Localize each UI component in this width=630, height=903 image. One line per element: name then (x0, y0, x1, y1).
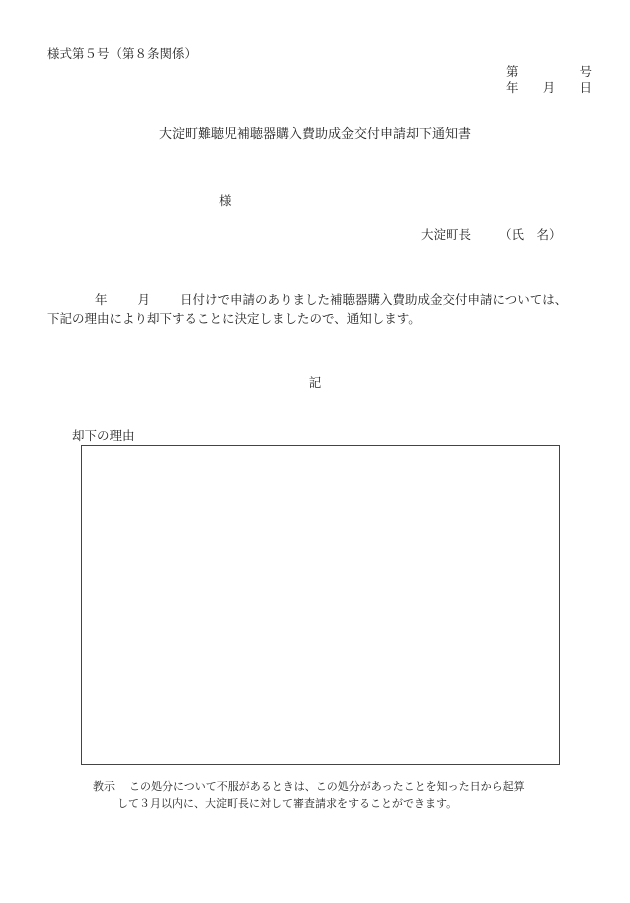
body-line-1: 年月日付けで申請のありました補聴器購入費助成金交付申請については、 (95, 292, 567, 307)
document-number-suffix: 号 (579, 64, 592, 79)
sender-name: （氏 名） (499, 227, 562, 242)
body-year: 年 (95, 292, 108, 307)
body-month: 月 (138, 292, 151, 307)
form-number: 様式第５号（第８条関係） (47, 46, 197, 61)
reason-box[interactable] (81, 445, 560, 765)
ki-heading: 記 (0, 375, 630, 390)
date-month: 月 (543, 80, 556, 95)
sender-title: 大淀町長 (421, 227, 471, 242)
document-number: 第 号 (506, 64, 592, 79)
sender: 大淀町長（氏 名） (421, 227, 562, 242)
date-year: 年 (506, 80, 519, 95)
document-title: 大淀町難聴児補聴器購入費助成金交付申請却下通知書 (0, 127, 630, 142)
document-number-prefix: 第 (506, 64, 519, 79)
body-text-1: 日付けで申請のありました補聴器購入費助成金交付申請については、 (180, 292, 567, 307)
recipient-honorific: 様 (219, 193, 232, 208)
body-line-2: 下記の理由により却下することに決定しましたので、通知します。 (47, 311, 421, 326)
issue-date: 年 月 日 (506, 80, 592, 95)
notice-text-1: この処分について不服があるときは、この処分があったことを知った日から起算 (129, 780, 525, 793)
notice-line-1: 教示この処分について不服があるときは、この処分があったことを知った日から起算 (93, 780, 525, 793)
date-day: 日 (579, 80, 592, 95)
notice-label: 教示 (93, 780, 115, 793)
reason-label: 却下の理由 (72, 428, 135, 443)
notice-line-2: して３月以内に、大淀町長に対して審査請求をすることができます。 (117, 797, 457, 810)
